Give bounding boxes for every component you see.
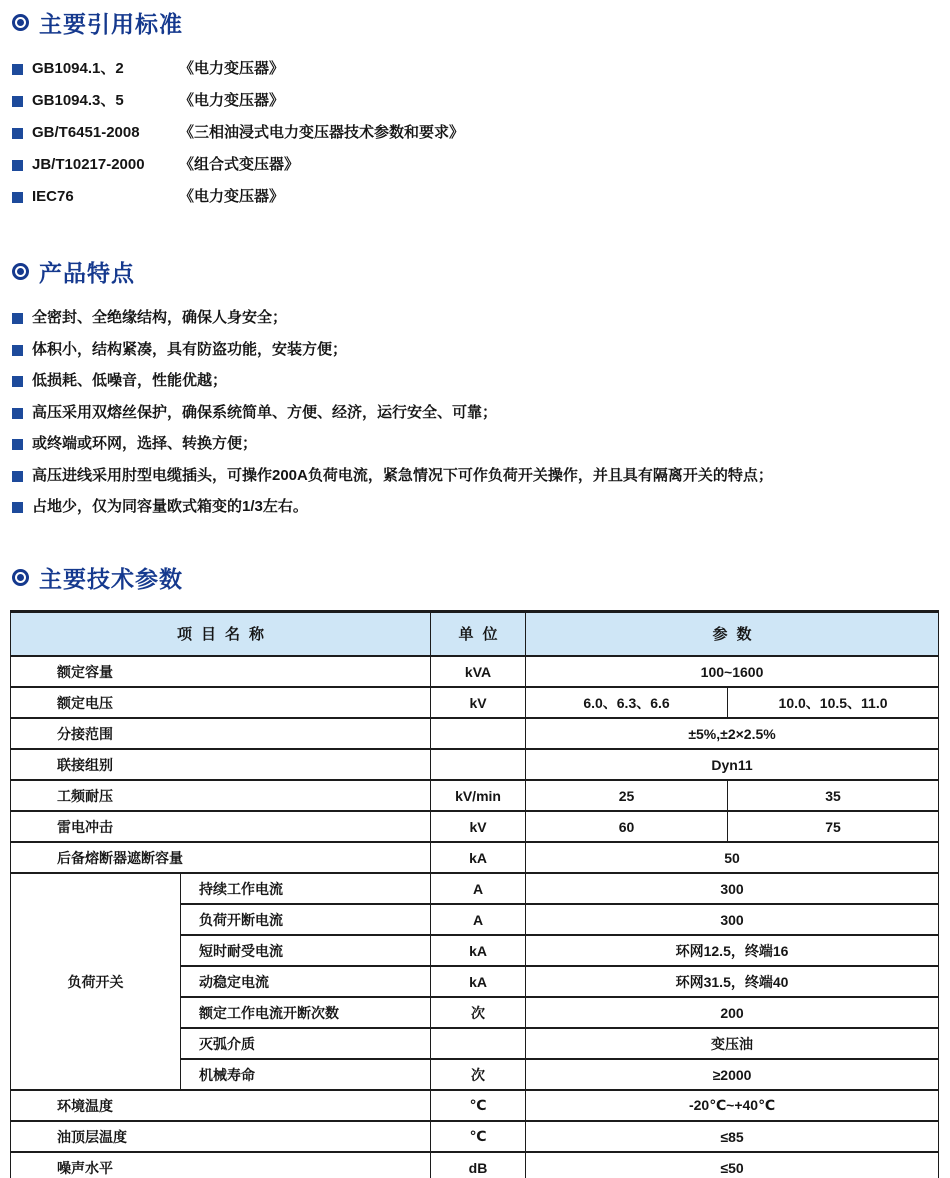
header-param: 参数 xyxy=(526,611,939,656)
standard-name: 《三相油浸式电力变压器技术参数和要求》 xyxy=(179,117,940,149)
feature-text: 低损耗、低噪音，性能优越； xyxy=(32,365,227,397)
list-item: 体积小，结构紧凑，具有防盗功能，安装方便； xyxy=(10,334,940,366)
table-row: 分接范围 ±5%,±2×2.5% xyxy=(11,718,939,749)
row-unit: kVA xyxy=(431,656,526,687)
row-value-right: 10.0、10.5、11.0 xyxy=(728,687,939,718)
document-page: 主要引用标准 GB1094.1、2 《电力变压器》 GB1094.3、5 《电力… xyxy=(0,0,950,1178)
table-header-row: 项目名称 单位 参数 xyxy=(11,611,939,656)
list-item: 或终端或环网，选择、转换方便； xyxy=(10,428,940,460)
row-unit: kV/min xyxy=(431,780,526,811)
table-row: 额定电压 kV 6.0、6.3、6.6 10.0、10.5、11.0 xyxy=(11,687,939,718)
row-value: ±5%,±2×2.5% xyxy=(526,718,939,749)
section-standards: 主要引用标准 GB1094.1、2 《电力变压器》 GB1094.3、5 《电力… xyxy=(10,6,940,213)
row-value: 50 xyxy=(526,842,939,873)
row-label: 油顶层温度 xyxy=(11,1121,431,1152)
table-row: 联接组别 Dyn11 xyxy=(11,749,939,780)
row-sublabel: 短时耐受电流 xyxy=(181,935,431,966)
feature-text: 或终端或环网，选择、转换方便； xyxy=(32,428,257,460)
fisheye-bullet-icon xyxy=(12,14,29,31)
standard-code: GB1094.3、5 xyxy=(32,85,179,117)
standards-section-title: 主要引用标准 xyxy=(12,6,940,39)
row-label: 后备熔断器遮断容量 xyxy=(11,842,431,873)
square-bullet-icon xyxy=(12,128,23,139)
standard-code: JB/T10217-2000 xyxy=(32,149,179,181)
row-unit: kA xyxy=(431,935,526,966)
row-label: 分接范围 xyxy=(11,718,431,749)
row-unit: 次 xyxy=(431,1059,526,1090)
row-value: 300 xyxy=(526,873,939,904)
row-value: ≤50 xyxy=(526,1152,939,1178)
features-title-text: 产品特点 xyxy=(39,255,135,288)
row-value: Dyn11 xyxy=(526,749,939,780)
square-bullet-icon xyxy=(12,408,23,419)
row-unit xyxy=(431,1028,526,1059)
row-label: 雷电冲击 xyxy=(11,811,431,842)
row-sublabel: 机械寿命 xyxy=(181,1059,431,1090)
row-unit: dB xyxy=(431,1152,526,1178)
row-label: 环境温度 xyxy=(11,1090,431,1121)
row-unit: 次 xyxy=(431,997,526,1028)
square-bullet-icon xyxy=(12,192,23,203)
standards-list: GB1094.1、2 《电力变压器》 GB1094.3、5 《电力变压器》 GB… xyxy=(10,53,940,213)
row-value-left: 6.0、6.3、6.6 xyxy=(526,687,728,718)
parameters-section-title: 主要技术参数 xyxy=(12,561,940,594)
section-parameters: 主要技术参数 项目名称 单位 参数 额定容量 kVA 100~1600 额定电压… xyxy=(10,561,940,1178)
row-value-right: 35 xyxy=(728,780,939,811)
row-unit xyxy=(431,749,526,780)
table-row: 后备熔断器遮断容量 kA 50 xyxy=(11,842,939,873)
feature-text: 占地少，仅为同容量欧式箱变的1/3左右。 xyxy=(32,491,308,523)
header-unit: 单位 xyxy=(431,611,526,656)
standard-name: 《电力变压器》 xyxy=(179,85,940,117)
square-bullet-icon xyxy=(12,439,23,450)
square-bullet-icon xyxy=(12,64,23,75)
row-value-right: 75 xyxy=(728,811,939,842)
section-features: 产品特点 全密封、全绝缘结构，确保人身安全； 体积小，结构紧凑，具有防盗功能，安… xyxy=(10,255,940,523)
square-bullet-icon xyxy=(12,96,23,107)
row-sublabel: 持续工作电流 xyxy=(181,873,431,904)
row-value: ≤85 xyxy=(526,1121,939,1152)
features-section-title: 产品特点 xyxy=(12,255,940,288)
row-value: 100~1600 xyxy=(526,656,939,687)
row-label: 额定容量 xyxy=(11,656,431,687)
row-value: ≥2000 xyxy=(526,1059,939,1090)
row-unit xyxy=(431,718,526,749)
standard-name: 《组合式变压器》 xyxy=(179,149,940,181)
list-item: 全密封、全绝缘结构，确保人身安全； xyxy=(10,302,940,334)
row-value: -20℃~+40℃ xyxy=(526,1090,939,1121)
standard-code: GB1094.1、2 xyxy=(32,53,179,85)
row-value: 环网12.5，终端16 xyxy=(526,935,939,966)
standard-name: 《电力变压器》 xyxy=(179,53,940,85)
row-unit: kA xyxy=(431,842,526,873)
list-item: 高压采用双熔丝保护，确保系统简单、方便、经济，运行安全、可靠； xyxy=(10,397,940,429)
table-row: 雷电冲击 kV 60 75 xyxy=(11,811,939,842)
square-bullet-icon xyxy=(12,313,23,324)
standard-code: IEC76 xyxy=(32,181,179,213)
table-row: 工频耐压 kV/min 25 35 xyxy=(11,780,939,811)
standards-title-text: 主要引用标准 xyxy=(39,6,183,39)
row-unit: ℃ xyxy=(431,1121,526,1152)
row-sublabel: 灭弧介质 xyxy=(181,1028,431,1059)
fisheye-bullet-icon xyxy=(12,569,29,586)
feature-text: 体积小，结构紧凑，具有防盗功能，安装方便； xyxy=(32,334,347,366)
list-item: JB/T10217-2000 《组合式变压器》 xyxy=(10,149,940,181)
standard-code: GB/T6451-2008 xyxy=(32,117,179,149)
table-row: 油顶层温度 ℃ ≤85 xyxy=(11,1121,939,1152)
list-item: GB1094.3、5 《电力变压器》 xyxy=(10,85,940,117)
parameters-title-text: 主要技术参数 xyxy=(39,561,183,594)
row-label: 联接组别 xyxy=(11,749,431,780)
feature-text: 高压采用双熔丝保护，确保系统简单、方便、经济，运行安全、可靠； xyxy=(32,397,497,429)
square-bullet-icon xyxy=(12,376,23,387)
list-item: 占地少，仅为同容量欧式箱变的1/3左右。 xyxy=(10,491,940,523)
list-item: 高压进线采用肘型电缆插头，可操作200A负荷电流，紧急情况下可作负荷开关操作，并… xyxy=(10,460,940,492)
row-label: 工频耐压 xyxy=(11,780,431,811)
row-value-left: 60 xyxy=(526,811,728,842)
row-sublabel: 动稳定电流 xyxy=(181,966,431,997)
table-row: 噪声水平 dB ≤50 xyxy=(11,1152,939,1178)
row-unit: ℃ xyxy=(431,1090,526,1121)
row-value: 环网31.5，终端40 xyxy=(526,966,939,997)
list-item: IEC76 《电力变压器》 xyxy=(10,181,940,213)
row-group-label: 负荷开关 xyxy=(11,873,181,1090)
square-bullet-icon xyxy=(12,502,23,513)
list-item: GB/T6451-2008 《三相油浸式电力变压器技术参数和要求》 xyxy=(10,117,940,149)
row-value: 变压油 xyxy=(526,1028,939,1059)
square-bullet-icon xyxy=(12,471,23,482)
table-row: 环境温度 ℃ -20℃~+40℃ xyxy=(11,1090,939,1121)
square-bullet-icon xyxy=(12,160,23,171)
table-row: 额定容量 kVA 100~1600 xyxy=(11,656,939,687)
row-unit: A xyxy=(431,873,526,904)
row-unit: kA xyxy=(431,966,526,997)
row-sublabel: 负荷开断电流 xyxy=(181,904,431,935)
list-item: GB1094.1、2 《电力变压器》 xyxy=(10,53,940,85)
row-unit: kV xyxy=(431,811,526,842)
list-item: 低损耗、低噪音，性能优越； xyxy=(10,365,940,397)
standard-name: 《电力变压器》 xyxy=(179,181,940,213)
row-sublabel: 额定工作电流开断次数 xyxy=(181,997,431,1028)
row-value: 200 xyxy=(526,997,939,1028)
fisheye-bullet-icon xyxy=(12,263,29,280)
feature-text: 全密封、全绝缘结构，确保人身安全； xyxy=(32,302,287,334)
features-list: 全密封、全绝缘结构，确保人身安全； 体积小，结构紧凑，具有防盗功能，安装方便； … xyxy=(10,302,940,523)
row-label: 噪声水平 xyxy=(11,1152,431,1178)
feature-text: 高压进线采用肘型电缆插头，可操作200A负荷电流，紧急情况下可作负荷开关操作，并… xyxy=(32,460,773,492)
row-unit: kV xyxy=(431,687,526,718)
row-value: 300 xyxy=(526,904,939,935)
header-item-name: 项目名称 xyxy=(11,611,431,656)
table-row: 负荷开关 持续工作电流 A 300 xyxy=(11,873,939,904)
row-label: 额定电压 xyxy=(11,687,431,718)
row-unit: A xyxy=(431,904,526,935)
row-value-left: 25 xyxy=(526,780,728,811)
parameters-table: 项目名称 单位 参数 额定容量 kVA 100~1600 额定电压 kV 6.0… xyxy=(10,610,939,1178)
square-bullet-icon xyxy=(12,345,23,356)
